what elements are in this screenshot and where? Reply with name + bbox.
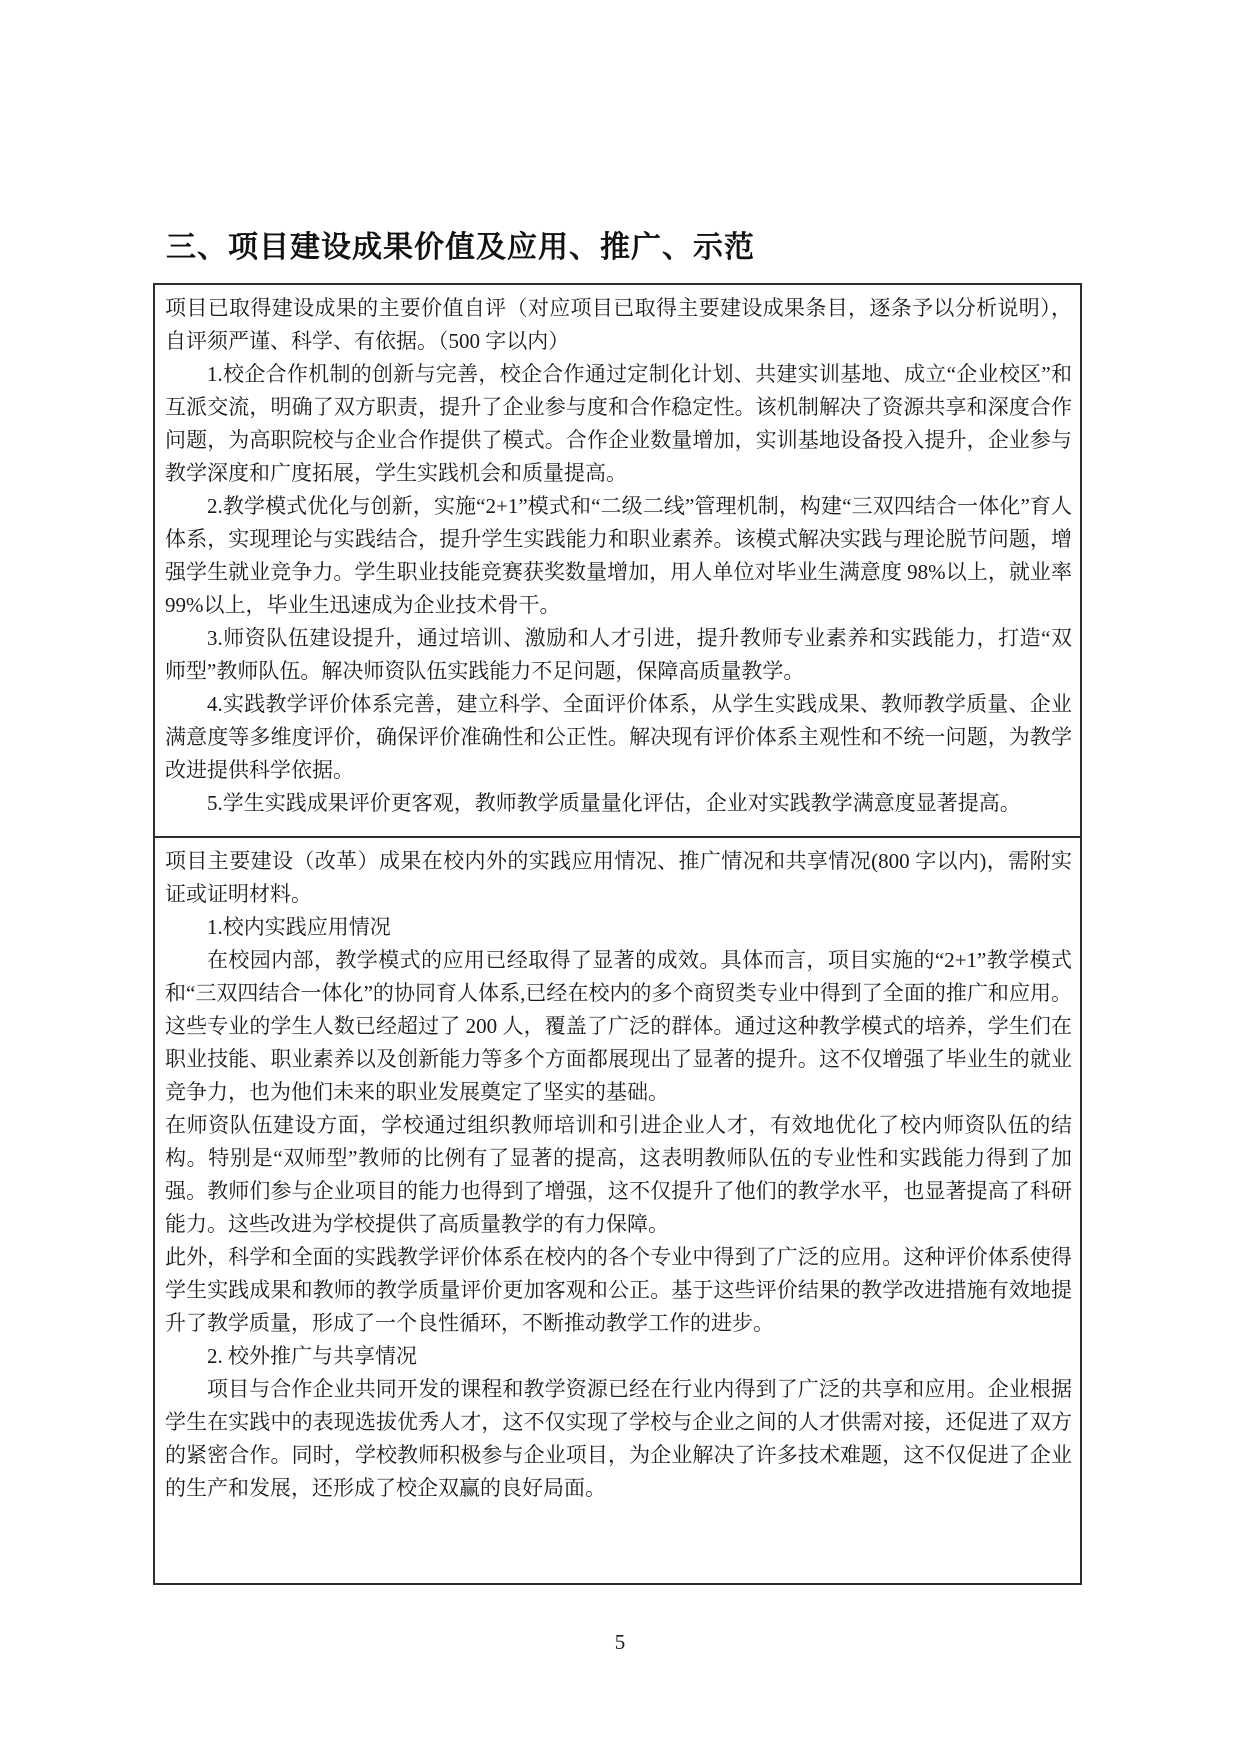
cell2-intro-paragraph: 项目主要建设（改革）成果在校内外的实践应用情况、推广情况和共享情况(800 字以… [165, 845, 1072, 911]
cell1-item-2: 2.教学模式优化与创新，实施“2+1”模式和“二级二线”管理机制，构建“三双四结… [165, 490, 1072, 622]
cell1-item-5: 5.学生实践成果评价更客观，教师教学质量量化评估，企业对实践教学满意度显著提高。 [165, 787, 1072, 820]
cell2-evaluation-paragraph: 此外，科学和全面的实践教学评价体系在校内的各个专业中得到了广泛的应用。这种评价体… [165, 1241, 1072, 1340]
document-page: 三、项目建设成果价值及应用、推广、示范 项目已取得建设成果的主要价值自评（对应项… [0, 0, 1240, 1585]
cell1-item-1: 1.校企合作机制的创新与完善，校企合作通过定制化计划、共建实训基地、成立“企业校… [165, 358, 1072, 490]
cell1-item-4: 4.实践教学评价体系完善，建立科学、全面评价体系，从学生实践成果、教师教学质量、… [165, 688, 1072, 787]
cell2-heading-external: 2. 校外推广与共享情况 [165, 1340, 1072, 1373]
cell2-faculty-paragraph: 在师资队伍建设方面，学校通过组织教师培训和引进企业人才，有效地优化了校内师资队伍… [165, 1109, 1072, 1241]
value-self-evaluation-cell: 项目已取得建设成果的主要价值自评（对应项目已取得主要建设成果条目，逐条予以分析说… [155, 285, 1080, 838]
cell1-intro-paragraph: 项目已取得建设成果的主要价值自评（对应项目已取得主要建设成果条目，逐条予以分析说… [165, 292, 1072, 358]
application-promotion-cell: 项目主要建设（改革）成果在校内外的实践应用情况、推广情况和共享情况(800 字以… [155, 838, 1080, 1583]
cell2-internal-paragraph: 在校园内部，教学模式的应用已经取得了显著的成效。具体而言，项目实施的“2+1”教… [165, 944, 1072, 1109]
cell2-heading-internal: 1.校内实践应用情况 [165, 911, 1072, 944]
cell1-item-3: 3.师资队伍建设提升，通过培训、激励和人才引进，提升教师专业素养和实践能力，打造… [165, 622, 1072, 688]
section-title: 三、项目建设成果价值及应用、推广、示范 [0, 0, 1240, 266]
page-number: 5 [0, 1628, 1240, 1656]
cell2-external-paragraph: 项目与合作企业共同开发的课程和教学资源已经在行业内得到了广泛的共享和应用。企业根… [165, 1373, 1072, 1505]
results-table: 项目已取得建设成果的主要价值自评（对应项目已取得主要建设成果条目，逐条予以分析说… [153, 283, 1082, 1585]
